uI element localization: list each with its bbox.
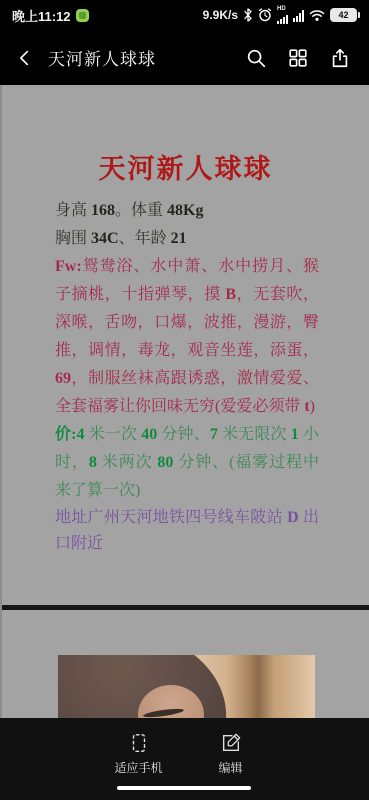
portrait-photo — [58, 655, 315, 718]
signal-hd-icon: HD — [277, 6, 288, 24]
edit-icon — [220, 732, 242, 754]
wifi-icon — [309, 9, 325, 22]
page-title: 天河新人球球 — [48, 45, 229, 70]
battery-icon: 42 — [330, 8, 357, 22]
share-button[interactable] — [325, 43, 355, 73]
edit-label: 编辑 — [218, 759, 242, 776]
back-button[interactable] — [14, 43, 44, 73]
edit-button[interactable]: 编辑 — [199, 732, 263, 776]
search-icon — [245, 47, 267, 69]
fit-phone-label: 适应手机 — [114, 759, 162, 776]
messenger-app-icon — [76, 9, 89, 22]
stats-line-bust-age: 胸围 34C、年龄 21 — [55, 225, 319, 253]
chevron-left-icon — [14, 47, 36, 69]
pricing-paragraph: 价:4 米一次 40 分钟、7 米无限次 1 小时，8 米两次 80 分钟、(福… — [55, 421, 319, 505]
section-divider — [2, 605, 369, 610]
fit-phone-button[interactable]: 适应手机 — [107, 732, 171, 776]
phone-screen: 晚上11:12 9.9K/s HD — [0, 0, 369, 800]
network-speed-text: 9.9K/s — [203, 8, 238, 22]
image-viewer[interactable]: 天河新人球球 身高 168。体重 48Kg 胸围 34C、年龄 21 Fw:鸳鸯… — [0, 85, 369, 718]
bluetooth-icon — [243, 8, 253, 22]
alarm-icon — [258, 8, 272, 22]
battery-percent-text: 42 — [338, 10, 348, 20]
signal-icon — [293, 9, 304, 22]
app-bar: 天河新人球球 — [0, 30, 369, 85]
gallery-grid-button[interactable] — [283, 43, 313, 73]
grid-icon — [287, 47, 309, 69]
clock-text: 晚上11:12 — [12, 6, 71, 25]
home-indicator[interactable] — [117, 786, 251, 790]
stats-line-height-weight: 身高 168。体重 48Kg — [55, 197, 319, 225]
status-bar: 晚上11:12 9.9K/s HD — [0, 0, 369, 30]
search-button[interactable] — [241, 43, 271, 73]
services-paragraph: Fw:鸳鸯浴、水中萧、水中捞月、猴子摘桃，十指弹琴，摸 B，无套吹，深喉，舌吻，… — [55, 253, 319, 421]
flyer-text-block: 身高 168。体重 48Kg 胸围 34C、年龄 21 Fw:鸳鸯浴、水中萧、水… — [55, 197, 319, 557]
fit-phone-icon — [128, 732, 150, 754]
address-paragraph: 地址广州天河地铁四号线车陂站 D 出口附近 — [55, 505, 319, 557]
flyer-title: 天河新人球球 — [2, 147, 369, 186]
share-icon — [329, 47, 351, 69]
